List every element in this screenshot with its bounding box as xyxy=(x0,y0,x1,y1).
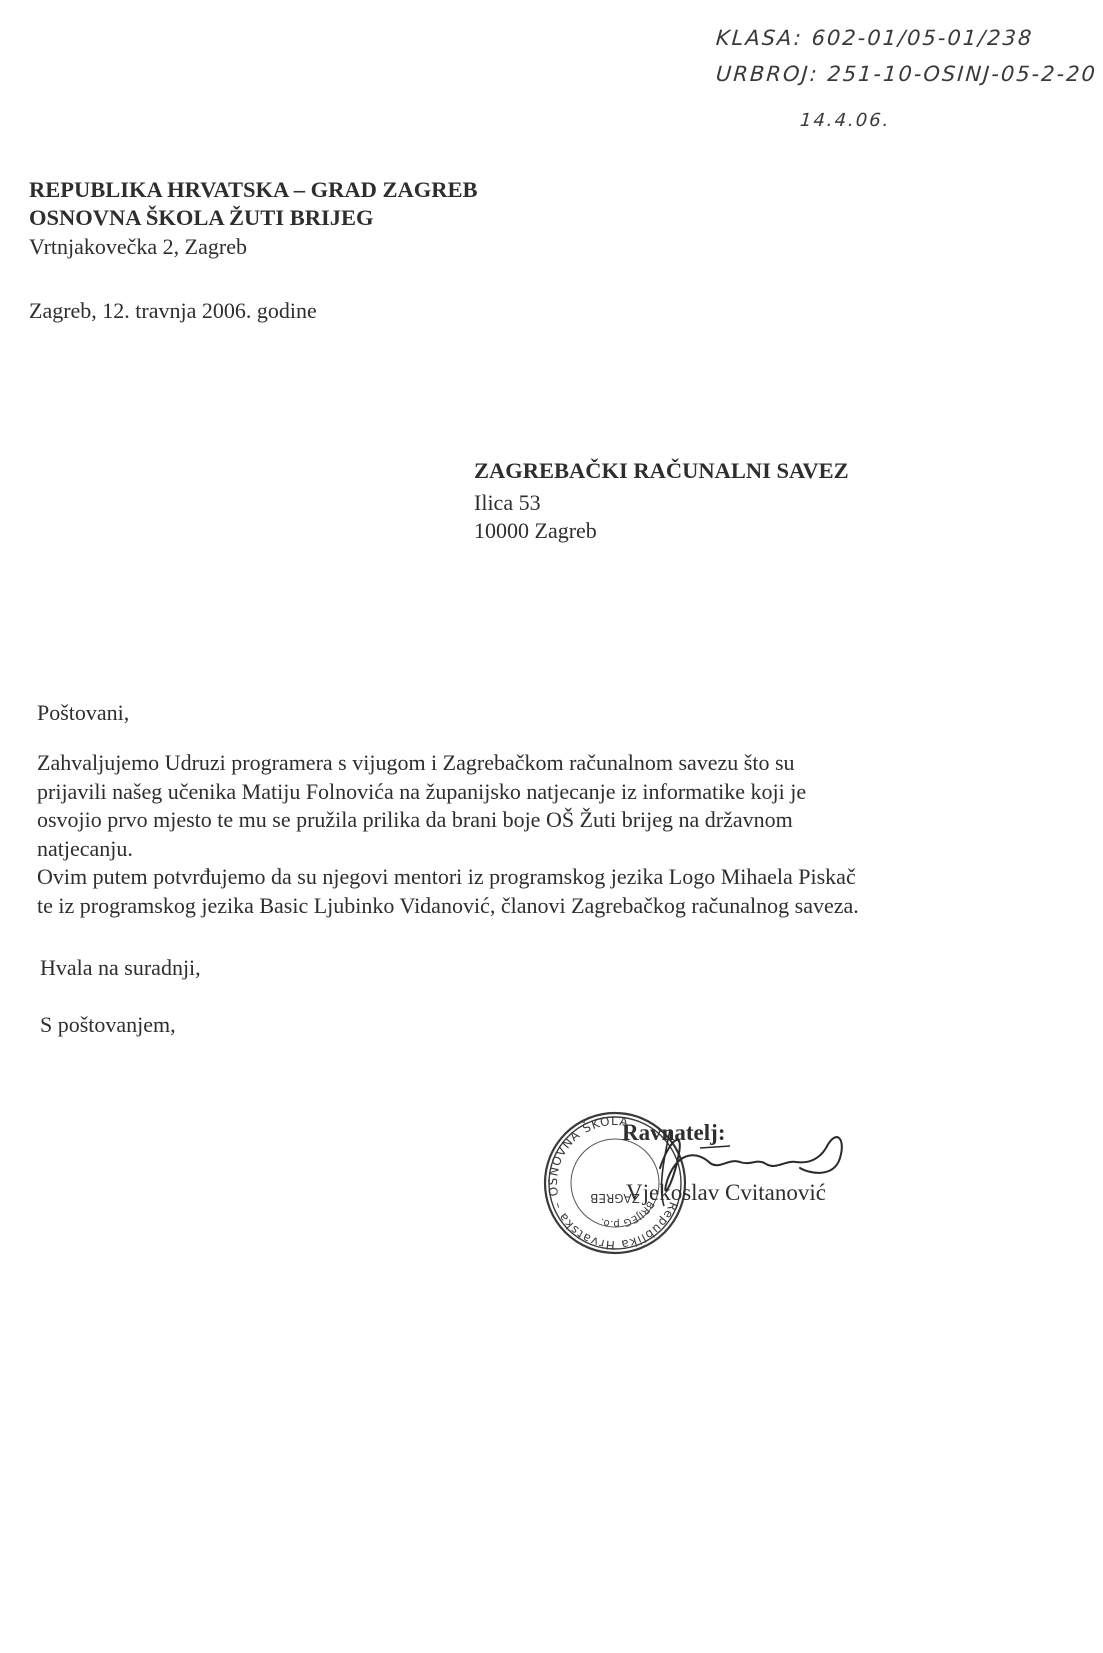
klasa-value: 602-01/05-01/238 xyxy=(811,26,1034,50)
urbroj-value: 251-10-OSINJ-05-2-20 xyxy=(827,62,1098,86)
received-date-note: 14.4.06. xyxy=(799,110,891,131)
urbroj-note: URBROJ: 251-10-OSINJ-05-2-20 xyxy=(715,62,1098,86)
body-line: natjecanju. xyxy=(37,835,859,864)
sender-line-1: REPUBLIKA HRVATSKA – GRAD ZAGREB xyxy=(29,176,477,204)
body-line: Zahvaljujemo Udruzi programera s vijugom… xyxy=(37,749,859,778)
klasa-note: KLASA: 602-01/05-01/238 xyxy=(715,26,1034,50)
thanks-line: Hvala na suradnji, xyxy=(40,953,201,982)
salutation: Poštovani, xyxy=(37,698,129,727)
body-line: te iz programskog jezika Basic Ljubinko … xyxy=(37,892,859,921)
body-line: osvojio prvo mjesto te mu se pružila pri… xyxy=(37,806,859,835)
body-paragraph: Zahvaljujemo Udruzi programera s vijugom… xyxy=(37,749,859,920)
body-line: Ovim putem potvrđujemo da su njegovi men… xyxy=(37,863,859,892)
recipient-city: 10000 Zagreb xyxy=(474,516,597,545)
date-line: Zagreb, 12. travnja 2006. godine xyxy=(29,296,317,325)
sender-line-2: OSNOVNA ŠKOLA ŽUTI BRIJEG xyxy=(29,204,373,232)
urbroj-label: URBROJ: xyxy=(715,62,819,86)
sender-address: Vrtnjakovečka 2, Zagreb xyxy=(29,232,247,261)
closing-line: S poštovanjem, xyxy=(40,1010,176,1039)
recipient-street: Ilica 53 xyxy=(474,488,541,517)
body-line: prijavili našeg učenika Matiju Folnovića… xyxy=(37,778,859,807)
recipient-name: ZAGREBAČKI RAČUNALNI SAVEZ xyxy=(474,457,849,485)
signatory-name: Vjekoslav Cvitanović xyxy=(626,1178,826,1207)
klasa-label: KLASA: xyxy=(715,26,804,50)
